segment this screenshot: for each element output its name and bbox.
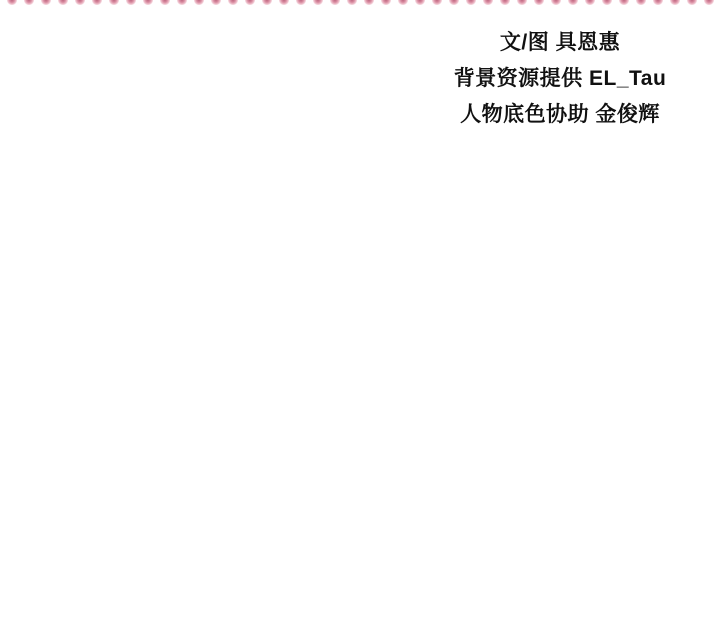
credits-block: 文/图 具恩惠 背景资源提供 EL_Tau 人物底色协助 金俊辉 [400, 25, 720, 133]
credit-line-author: 文/图 具恩惠 [400, 25, 720, 61]
comic-page: 文/图 具恩惠 背景资源提供 EL_Tau 人物底色协助 金俊辉 [0, 0, 720, 636]
pink-dot-border [0, 0, 720, 10]
credit-line-background-resources: 背景资源提供 EL_Tau [400, 61, 720, 97]
credit-line-character-base-color: 人物底色协助 金俊辉 [400, 97, 720, 133]
